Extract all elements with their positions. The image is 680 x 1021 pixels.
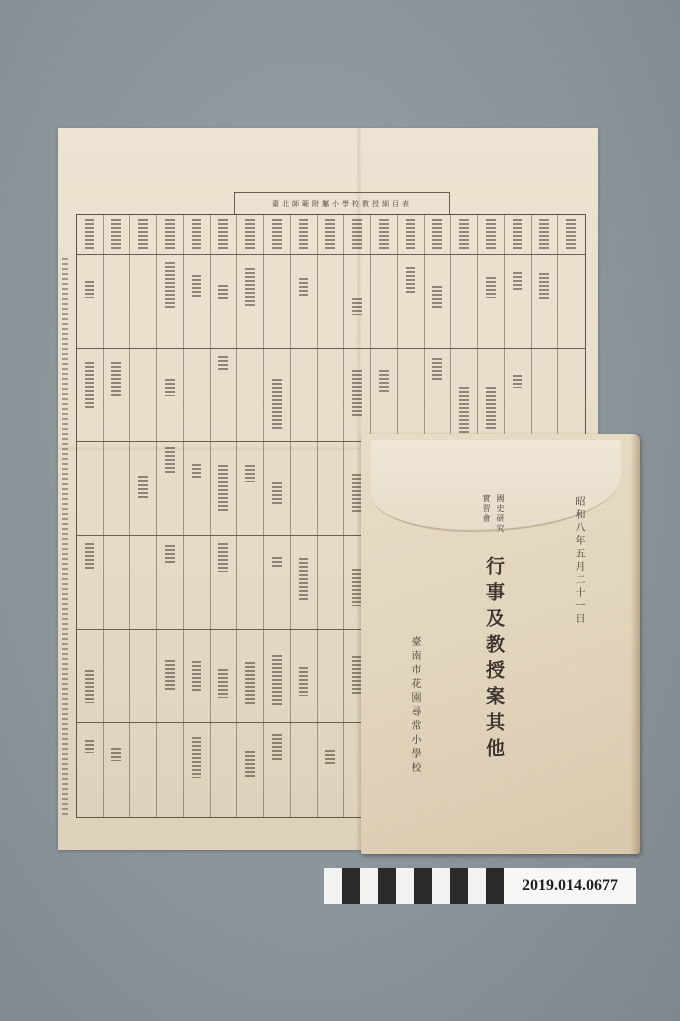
table-cell: [371, 215, 398, 254]
table-cell: [425, 255, 452, 348]
printed-text: [192, 219, 202, 251]
table-cell: [318, 349, 345, 442]
table-cell: [184, 536, 211, 629]
printed-text: [138, 476, 148, 499]
table-cell: [398, 349, 425, 442]
table-cell: [291, 442, 318, 535]
table-cell: [237, 255, 264, 348]
table-cell: [264, 255, 291, 348]
checker-square: [486, 868, 504, 886]
checker-square: [378, 886, 396, 904]
printed-text: [85, 281, 95, 298]
printed-text: [352, 219, 362, 251]
printed-text: [111, 219, 121, 251]
printed-text: [245, 268, 255, 307]
checker-square: [324, 886, 342, 904]
margin-note: [62, 258, 68, 818]
printed-text: [138, 219, 148, 251]
worn-edge: [630, 434, 640, 854]
checker-square: [468, 868, 486, 886]
table-cell: [237, 723, 264, 817]
accession-number: 2019.014.0677: [504, 868, 636, 904]
table-cell: [157, 723, 184, 817]
printed-text: [245, 662, 255, 705]
printed-text: [111, 362, 121, 398]
checker-square: [432, 868, 450, 886]
table-cell: [157, 442, 184, 535]
printed-text: [539, 273, 549, 299]
table-cell: [130, 630, 157, 723]
checker-square: [360, 886, 378, 904]
table-cell: [104, 630, 131, 723]
table-cell: [451, 255, 478, 348]
table-cell: [130, 536, 157, 629]
printed-text: [218, 356, 228, 370]
printed-text: [218, 465, 228, 512]
printed-text: [272, 734, 282, 760]
printed-text: [486, 387, 496, 429]
table-cell: [104, 536, 131, 629]
table-cell: [157, 255, 184, 348]
table-cell: [291, 723, 318, 817]
printed-text: [218, 285, 228, 300]
booklet-title: 行事及教授案其他: [481, 556, 508, 764]
table-cell: [77, 442, 104, 535]
table-cell: [104, 442, 131, 535]
printed-text: [85, 219, 95, 251]
booklet-subtitle: 國史研究 實習會: [479, 494, 507, 534]
table-cell: [104, 215, 131, 254]
table-cell: [211, 215, 238, 254]
table-cell: [291, 349, 318, 442]
table-cell: [104, 349, 131, 442]
checker-square: [378, 868, 396, 886]
table-cell: [344, 215, 371, 254]
printed-text: [325, 219, 335, 251]
table-cell: [237, 349, 264, 442]
table-cell: [425, 349, 452, 442]
printed-text: [539, 219, 549, 251]
table-cell: [157, 536, 184, 629]
table-cell: [291, 215, 318, 254]
printed-text: [165, 545, 175, 564]
table-cell: [77, 723, 104, 817]
table-cell: [184, 215, 211, 254]
printed-text: [513, 219, 523, 251]
printed-text: [513, 272, 523, 290]
table-cell: [77, 349, 104, 442]
table-cell: [478, 215, 505, 254]
table-cell: [184, 442, 211, 535]
table-cell: [505, 215, 532, 254]
table-cell: [211, 442, 238, 535]
table-cell: [425, 215, 452, 254]
printed-text: [165, 660, 175, 692]
printed-text: [218, 219, 228, 251]
table-cell: [264, 536, 291, 629]
checker-square: [396, 886, 414, 904]
table-cell: [130, 723, 157, 817]
printed-text: [566, 219, 576, 251]
table-cell: [318, 630, 345, 723]
table-cell: [291, 630, 318, 723]
table-cell: [237, 536, 264, 629]
printed-text: [85, 670, 95, 703]
table-cell: [318, 255, 345, 348]
table-cell: [157, 630, 184, 723]
table-cell: [130, 255, 157, 348]
checker-square: [432, 886, 450, 904]
table-cell: [184, 349, 211, 442]
table-cell: [264, 630, 291, 723]
table-cell: [344, 255, 371, 348]
table-cell: [318, 723, 345, 817]
printed-text: [85, 740, 95, 753]
booklet-cover: 昭和八年五月二十一日 國史研究 實習會 行事及教授案其他 臺南市花園尋常小學校: [361, 434, 640, 854]
subtitle-line: 實習會: [482, 494, 491, 524]
subtitle-line: 國史研究: [496, 494, 505, 534]
table-cell: [130, 349, 157, 442]
booklet-date: 昭和八年五月二十一日: [571, 496, 586, 626]
table-cell: [558, 349, 585, 442]
table-cell: [505, 255, 532, 348]
table-cell: [451, 349, 478, 442]
table-cell: [532, 215, 559, 254]
table-cell: [130, 215, 157, 254]
printed-text: [192, 275, 202, 298]
table-row: [77, 255, 585, 349]
table-cell: [130, 442, 157, 535]
printed-text: [85, 362, 95, 409]
header-row: [77, 215, 585, 255]
printed-text: [111, 748, 121, 761]
printed-text: [299, 558, 309, 600]
printed-text: [218, 543, 228, 571]
table-cell: [77, 215, 104, 254]
table-cell: [211, 349, 238, 442]
table-row: [77, 349, 585, 443]
table-cell: [77, 630, 104, 723]
table-cell: [211, 630, 238, 723]
printed-text: [165, 379, 175, 396]
table-cell: [505, 349, 532, 442]
checker-square: [342, 868, 360, 886]
table-title: 臺北師範附屬小學校教授細目表: [234, 192, 450, 215]
printed-text: [325, 750, 335, 765]
printed-text: [406, 219, 416, 251]
table-cell: [318, 442, 345, 535]
table-cell: [104, 255, 131, 348]
table-cell: [532, 349, 559, 442]
checker-square: [360, 868, 378, 886]
printed-text: [192, 661, 202, 691]
printed-text: [459, 387, 469, 438]
checker-square: [468, 886, 486, 904]
table-cell: [77, 255, 104, 348]
printed-text: [165, 219, 175, 251]
printed-text: [272, 219, 282, 251]
color-scale-checker: [324, 868, 504, 904]
printed-text: [272, 379, 282, 429]
printed-text: [432, 286, 442, 309]
printed-text: [85, 543, 95, 569]
printed-text: [192, 737, 202, 779]
table-cell: [371, 349, 398, 442]
printed-text: [486, 277, 496, 298]
table-cell: [318, 215, 345, 254]
table-cell: [184, 723, 211, 817]
table-cell: [237, 630, 264, 723]
printed-text: [245, 751, 255, 779]
checker-square: [396, 868, 414, 886]
printed-text: [352, 298, 362, 315]
table-cell: [184, 630, 211, 723]
printed-text: [459, 219, 469, 251]
table-cell: [291, 536, 318, 629]
table-cell: [291, 255, 318, 348]
printed-text: [272, 557, 282, 569]
table-cell: [318, 536, 345, 629]
printed-text: [379, 370, 389, 393]
printed-text: [218, 669, 228, 698]
booklet-school: 臺南市花園尋常小學校: [407, 636, 422, 776]
table-cell: [237, 442, 264, 535]
checker-square: [414, 868, 432, 886]
table-cell: [211, 536, 238, 629]
table-cell: [157, 215, 184, 254]
checker-square: [450, 886, 468, 904]
table-cell: [478, 349, 505, 442]
printed-text: [165, 447, 175, 473]
table-cell: [157, 349, 184, 442]
table-cell: [264, 723, 291, 817]
table-cell: [558, 255, 585, 348]
table-cell: [264, 442, 291, 535]
printed-text: [432, 358, 442, 381]
printed-text: [299, 278, 309, 297]
printed-text: [379, 219, 389, 251]
printed-text: [272, 482, 282, 505]
table-cell: [451, 215, 478, 254]
printed-text: [245, 465, 255, 482]
printed-text: [432, 219, 442, 251]
table-cell: [558, 215, 585, 254]
table-cell: [371, 255, 398, 348]
table-cell: [104, 723, 131, 817]
table-cell: [398, 215, 425, 254]
table-cell: [264, 215, 291, 254]
table-cell: [237, 215, 264, 254]
table-cell: [211, 255, 238, 348]
accession-label: 2019.014.0677: [324, 868, 636, 904]
printed-text: [406, 267, 416, 296]
checker-square: [324, 868, 342, 886]
printed-text: [192, 464, 202, 480]
checker-square: [342, 886, 360, 904]
printed-text: [299, 219, 309, 251]
table-cell: [478, 255, 505, 348]
printed-text: [272, 655, 282, 707]
table-cell: [264, 349, 291, 442]
printed-text: [245, 219, 255, 251]
printed-text: [513, 375, 523, 388]
table-cell: [344, 349, 371, 442]
checker-square: [450, 868, 468, 886]
table-cell: [532, 255, 559, 348]
printed-text: [486, 219, 496, 251]
table-cell: [398, 255, 425, 348]
checker-square: [486, 886, 504, 904]
printed-text: [299, 667, 309, 697]
table-cell: [77, 536, 104, 629]
table-cell: [211, 723, 238, 817]
printed-text: [352, 370, 362, 416]
printed-text: [165, 262, 175, 309]
table-cell: [184, 255, 211, 348]
checker-square: [414, 886, 432, 904]
